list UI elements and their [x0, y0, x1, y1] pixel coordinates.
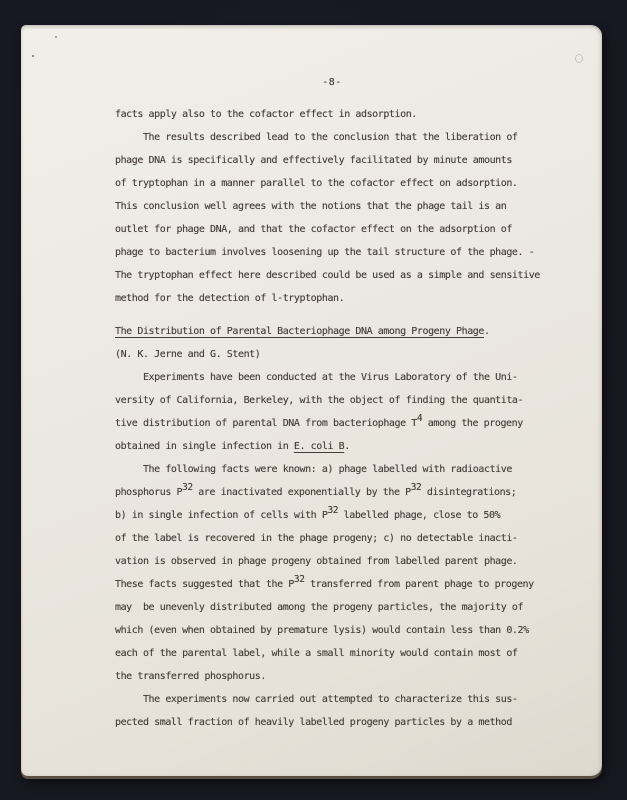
text-line: phage to bacterium involves loosening up…: [115, 241, 555, 264]
text-segment: are inactivated exponentially by the P: [193, 487, 411, 498]
text-line: facts apply also to the cofactor effect …: [115, 103, 555, 126]
text-segment: which (even when obtained by premature l…: [115, 625, 529, 636]
text-segment: of the label is recovered in the phage p…: [115, 533, 518, 544]
text-segment: phage to bacterium involves loosening up…: [115, 247, 534, 258]
text-line: pected small fraction of heavily labelle…: [115, 711, 555, 734]
text-segment: tive distribution of parental DNA from b…: [115, 418, 417, 429]
text-segment: outlet for phage DNA, and that the cofac…: [115, 224, 512, 235]
text-segment: .: [344, 441, 350, 452]
document-page: -8- facts apply also to the cofactor eff…: [21, 25, 602, 776]
text-segment: transferred from parent phage to progeny: [305, 579, 534, 590]
text-segment: The experiments now carried out attempte…: [115, 694, 518, 705]
superscript-text: 32: [182, 476, 193, 499]
section-heading: The Distribution of Parental Bacteriopha…: [115, 320, 555, 343]
text-line: The results described lead to the conclu…: [115, 126, 555, 149]
text-segment: obtained in single infection in: [115, 441, 294, 452]
text-segment: disintegrations;: [421, 487, 516, 498]
text-segment: labelled phage, close to 50%: [338, 510, 500, 521]
authors-line: (N. K. Jerne and G. Stent): [115, 343, 555, 366]
text-line: These facts suggested that the P32 trans…: [115, 573, 555, 596]
superscript-text: 32: [411, 476, 422, 499]
text-segment: The following facts were known: a) phage…: [115, 464, 512, 475]
superscript-text: 32: [294, 568, 305, 591]
text-line: The following facts were known: a) phage…: [115, 458, 555, 481]
text-segment: These facts suggested that the P: [115, 579, 294, 590]
text-segment: method for the detection of l-tryptophan…: [115, 293, 344, 304]
text-line: Experiments have been conducted at the V…: [115, 366, 555, 389]
text-line: which (even when obtained by premature l…: [115, 619, 555, 642]
text-line: vation is observed in phage progeny obta…: [115, 550, 555, 573]
text-line: outlet for phage DNA, and that the cofac…: [115, 218, 555, 241]
text-line: The tryptophan effect here described cou…: [115, 264, 555, 287]
photo-mat-background: -8- facts apply also to the cofactor eff…: [0, 0, 627, 800]
text-segment: of tryptophan in a manner parallel to th…: [115, 178, 518, 189]
text-segment: among the progeny: [422, 418, 523, 429]
dust-speck: [55, 36, 57, 38]
text-segment: The tryptophan effect here described cou…: [115, 270, 540, 281]
text-segment: phage DNA is specifically and effectivel…: [115, 155, 512, 166]
page-number: -8-: [115, 71, 549, 94]
text-line: versity of California, Berkeley, with th…: [115, 389, 555, 412]
text-segment: (N. K. Jerne and G. Stent): [115, 349, 260, 360]
text-segment: facts apply also to the cofactor effect …: [115, 109, 417, 120]
text-line: tive distribution of parental DNA from b…: [115, 412, 555, 435]
text-line: of the label is recovered in the phage p…: [115, 527, 555, 550]
text-segment: each of the parental label, while a smal…: [115, 648, 518, 659]
superscript-text: 4: [417, 407, 422, 430]
text-line: The experiments now carried out attempte…: [115, 688, 555, 711]
text-segment: b) in single infection of cells with P: [115, 510, 327, 521]
underlined-text: E. coli B: [294, 441, 344, 452]
text-segment: the transferred phosphorus.: [115, 671, 266, 682]
text-line: the transferred phosphorus.: [115, 665, 555, 688]
text-segment: may be unevenly distributed among the pr…: [115, 602, 523, 613]
text-line: of tryptophan in a manner parallel to th…: [115, 172, 555, 195]
text-segment: phosphorus P: [115, 487, 182, 498]
text-body: facts apply also to the cofactor effect …: [115, 103, 555, 734]
text-segment: vation is observed in phage progeny obta…: [115, 556, 518, 567]
superscript-text: 32: [327, 499, 338, 522]
text-segment: versity of California, Berkeley, with th…: [115, 395, 523, 406]
dust-speck: [575, 54, 583, 63]
text-line: each of the parental label, while a smal…: [115, 642, 555, 665]
text-segment: Experiments have been conducted at the V…: [115, 372, 518, 383]
text-segment: pected small fraction of heavily labelle…: [115, 717, 512, 728]
text-segment: This conclusion well agrees with the not…: [115, 201, 506, 212]
text-line: obtained in single infection in E. coli …: [115, 435, 555, 458]
text-line: method for the detection of l-tryptophan…: [115, 287, 555, 310]
text-line: phage DNA is specifically and effectivel…: [115, 149, 555, 172]
text-line: may be unevenly distributed among the pr…: [115, 596, 555, 619]
dust-speck: [32, 55, 34, 57]
underlined-text: The Distribution of Parental Bacteriopha…: [115, 326, 484, 337]
text-line: This conclusion well agrees with the not…: [115, 195, 555, 218]
text-line: b) in single infection of cells with P32…: [115, 504, 555, 527]
text-segment: .: [484, 326, 490, 337]
text-segment: The results described lead to the conclu…: [115, 132, 518, 143]
